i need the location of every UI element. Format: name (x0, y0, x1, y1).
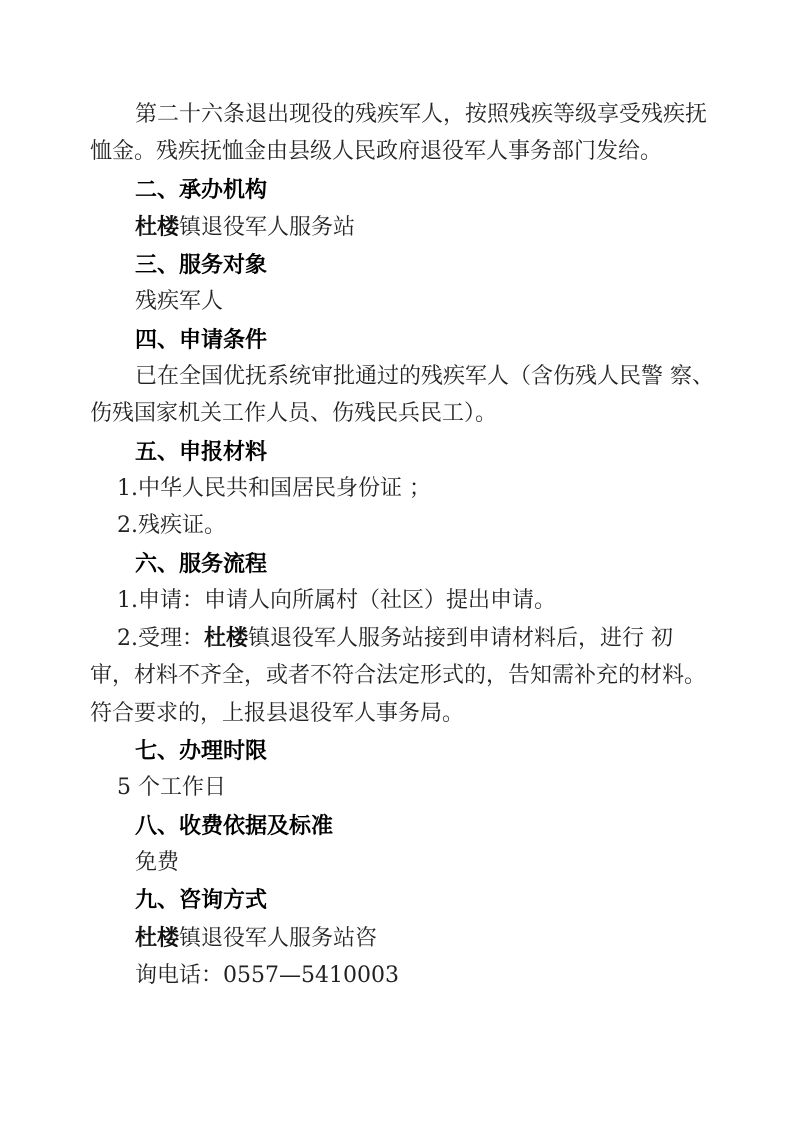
paragraph-line: 伤残国家机关工作人员、伤残民兵民工）。 (90, 395, 718, 432)
text-run: 1.申请：申请人向所属村（社区）提出申请。 (117, 588, 556, 613)
heading-text: 八、收费依据及标准 (135, 813, 333, 838)
paragraph-line: 残疾军人 (90, 283, 718, 320)
section-heading: 二、承办机构 (90, 171, 718, 208)
document-content: 第二十六条退出现役的残疾军人，按照残疾等级享受残疾抚 恤金。残疾抚恤金由县级人民… (90, 96, 718, 994)
heading-text: 七、办理时限 (135, 738, 267, 763)
paragraph-line: 第二十六条退出现役的残疾军人，按照残疾等级享受残疾抚 (90, 96, 718, 133)
text-run: 2.残疾证。 (117, 513, 226, 538)
text-run: 免费 (135, 850, 179, 875)
paragraph-line: 杜楼镇退役军人服务站 (90, 208, 718, 246)
paragraph-line: 恤金。残疾抚恤金由县级人民政府退役军人事务部门发给。 (90, 133, 718, 170)
paragraph-line: 审，材料不齐全，或者不符合法定形式的，告知需补充的材料。 (90, 657, 718, 694)
paragraph-line: 符合要求的，上报县退役军人事务局。 (90, 695, 718, 732)
paragraph-line: 免费 (90, 844, 718, 881)
text-run: 镇退役军人服务站咨 (179, 926, 377, 951)
heading-text: 五、申报材料 (135, 439, 267, 464)
text-run: 已在全国优抚系统审批通过的残疾军人（含伤残人民警 察、 (135, 364, 714, 389)
text-run: 镇退役军人服务站接到申请材料后，进行 初 (248, 626, 673, 651)
section-heading: 六、服务流程 (90, 545, 718, 582)
section-heading: 五、申报材料 (90, 433, 718, 470)
numbered-item-line: 1.中华人民共和国居民身份证 ； (90, 470, 718, 507)
text-run: 审，材料不齐全，或者不符合法定形式的，告知需补充的材料。 (90, 663, 706, 688)
heading-text: 六、服务流程 (135, 551, 267, 576)
paragraph-line: 杜楼镇退役军人服务站咨 (90, 919, 718, 957)
text-run: 询电话：0557—5410003 (135, 963, 399, 988)
text-run: 第二十六条退出现役的残疾军人，按照残疾等级享受残疾抚 (135, 102, 707, 127)
text-run: 1.中华人民共和国居民身份证 ； (117, 476, 431, 501)
document-page: 第二十六条退出现役的残疾军人，按照残疾等级享受残疾抚 恤金。残疾抚恤金由县级人民… (0, 0, 793, 1122)
bold-text-run: 杜楼 (204, 625, 248, 650)
text-run: 伤残国家机关工作人员、伤残民兵民工）。 (90, 401, 497, 426)
phone-line: 询电话：0557—5410003 (90, 957, 718, 994)
bold-text-run: 杜楼 (135, 925, 179, 950)
text-run: 恤金。残疾抚恤金由县级人民政府退役军人事务部门发给。 (90, 139, 662, 164)
section-heading: 九、咨询方式 (90, 881, 718, 918)
bold-text-run: 杜楼 (135, 214, 179, 239)
section-heading: 七、办理时限 (90, 732, 718, 769)
heading-text: 二、承办机构 (135, 177, 267, 202)
heading-text: 三、服务对象 (135, 252, 267, 277)
text-run: 残疾军人 (135, 289, 223, 314)
text-run: 2.受理： (117, 626, 204, 651)
section-heading: 三、服务对象 (90, 246, 718, 283)
numbered-item-line: 1.申请：申请人向所属村（社区）提出申请。 (90, 582, 718, 619)
text-run: 符合要求的，上报县退役军人事务局。 (90, 701, 464, 726)
section-heading: 四、申请条件 (90, 321, 718, 358)
paragraph-line: 已在全国优抚系统审批通过的残疾军人（含伤残人民警 察、 (90, 358, 718, 395)
heading-text: 四、申请条件 (135, 327, 267, 352)
numbered-item-line: 2.受理：杜楼镇退役军人服务站接到申请材料后，进行 初 (90, 619, 718, 657)
heading-text: 九、咨询方式 (135, 887, 267, 912)
text-run: 镇退役军人服务站 (179, 215, 355, 240)
numbered-item-line: 2.残疾证。 (90, 507, 718, 544)
text-run: 5 个工作日 (117, 775, 226, 800)
paragraph-line: 5 个工作日 (90, 769, 718, 806)
section-heading: 八、收费依据及标准 (90, 807, 718, 844)
